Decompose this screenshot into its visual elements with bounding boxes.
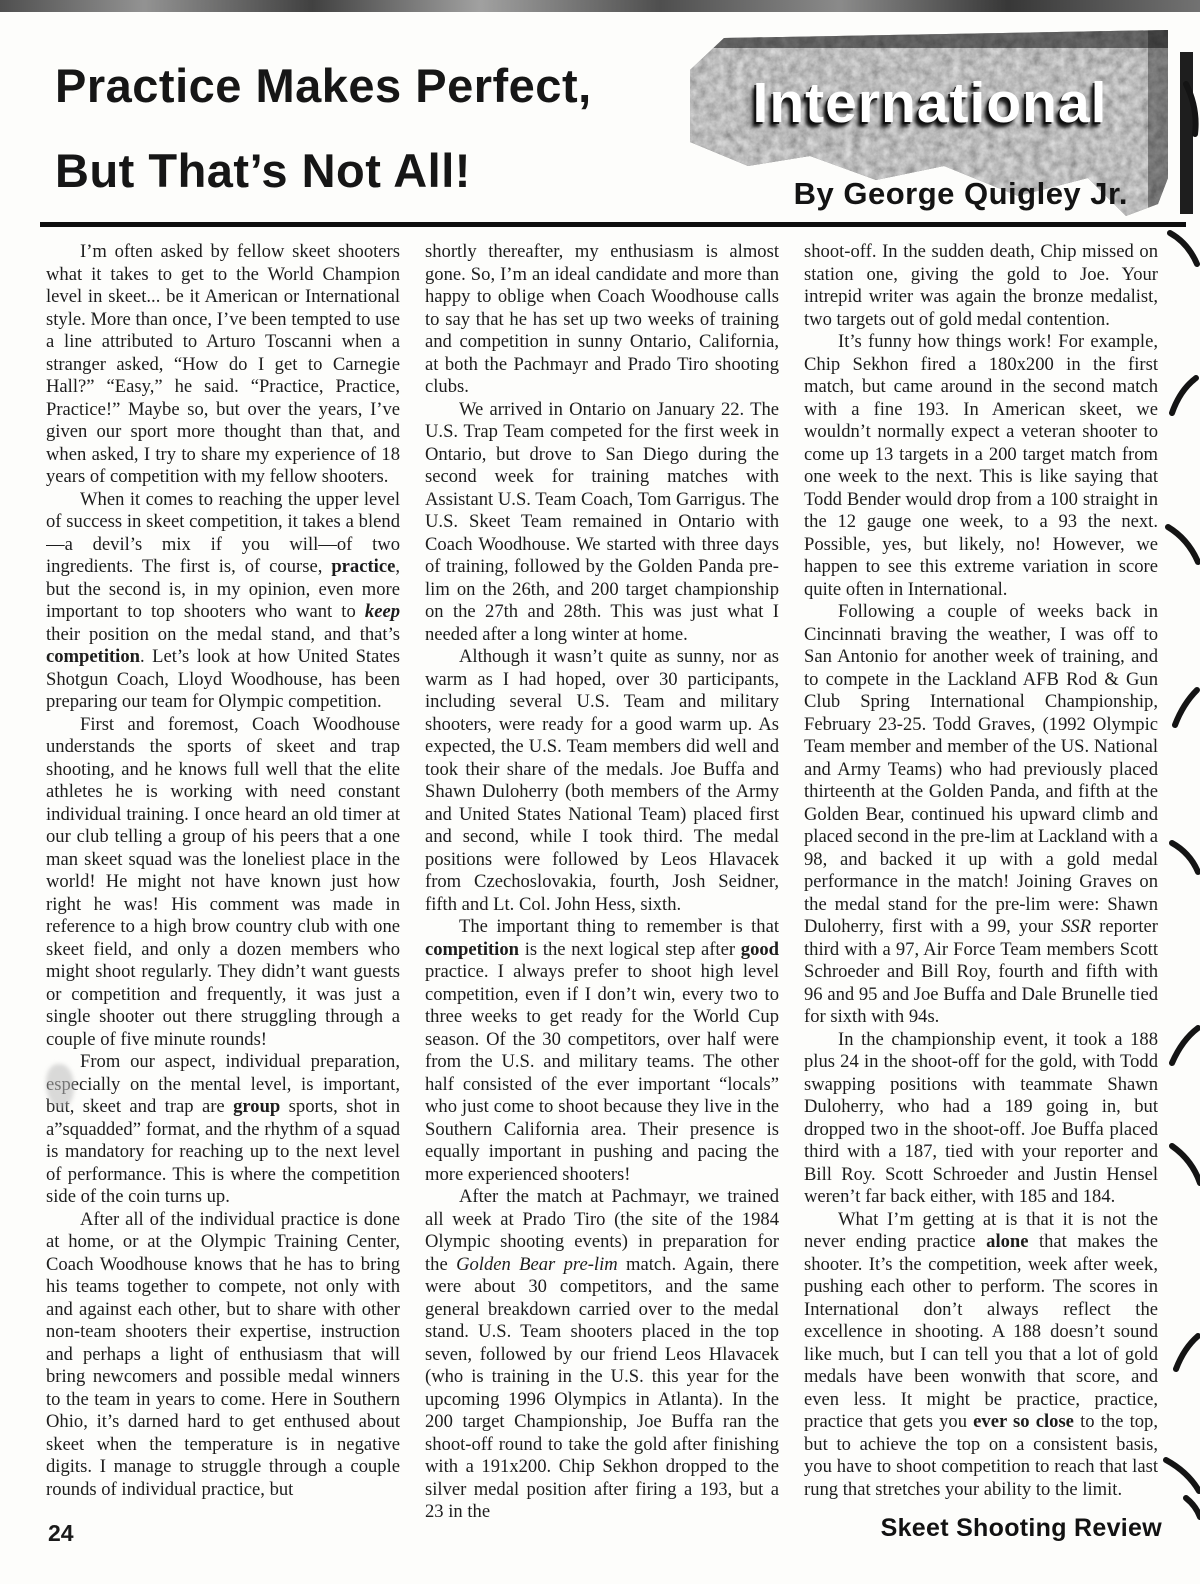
paragraph: I’m often asked by fellow skeet shooters…	[46, 241, 400, 489]
pen-stroke	[1170, 233, 1197, 264]
text-segment: shoot-off. In the sudden death, Chip mis…	[804, 241, 1158, 330]
paragraph: What I’m getting at is that it is not th…	[804, 1209, 1158, 1502]
paragraph: We arrived in Ontario on January 22. The…	[425, 399, 779, 647]
paragraph: After the match at Pachmayr, we trained …	[425, 1186, 779, 1521]
column-2: shortly thereafter, my enthusiasm is alm…	[425, 241, 779, 1521]
paragraph: After all of the individual practice is …	[46, 1209, 400, 1502]
text-segment: good	[741, 939, 779, 960]
paragraph: From our aspect, individual preparation,…	[46, 1051, 400, 1209]
pen-stroke	[1176, 1336, 1198, 1369]
pen-stroke	[1172, 1028, 1198, 1063]
text-segment: I’m often asked by fellow skeet shooters…	[46, 241, 400, 487]
text-segment: It’s funny how things work! For example,…	[804, 331, 1158, 600]
text-segment: alone	[986, 1231, 1028, 1252]
text-segment: their position on the medal stand, and t…	[46, 624, 400, 645]
text-segment: First and foremost, Coach Woodhouse unde…	[46, 714, 400, 1050]
text-segment: Although it wasn’t quite as sunny, nor a…	[425, 646, 779, 915]
text-segment: match. Again, there were about 30 compet…	[425, 1254, 779, 1522]
text-segment: practice	[331, 556, 395, 577]
article-title: Practice Makes Perfect, But That’s Not A…	[55, 62, 695, 194]
paragraph: First and foremost, Coach Woodhouse unde…	[46, 714, 400, 1052]
text-segment: In the championship event, it took a 188…	[804, 1029, 1158, 1208]
text-segment: group	[233, 1096, 280, 1117]
paragraph: The important thing to remember is that …	[425, 916, 779, 1186]
pen-stroke	[1175, 690, 1197, 725]
text-segment: that makes the shooter. It’s the competi…	[804, 1231, 1158, 1432]
text-segment: ever so close	[973, 1411, 1074, 1432]
article-body: I’m often asked by fellow skeet shooters…	[46, 241, 1158, 1521]
paragraph: Following a couple of weeks back in Cinc…	[804, 601, 1158, 1029]
text-segment: SSR	[1061, 916, 1091, 937]
pen-stroke	[1172, 1146, 1200, 1183]
article-title-line2: But That’s Not All!	[55, 147, 695, 194]
pen-stroke	[1186, 1498, 1200, 1517]
text-segment: competition	[46, 646, 140, 667]
scan-artifact-band	[0, 0, 1200, 12]
magazine-page: Practice Makes Perfect, But That’s Not A…	[0, 0, 1200, 1584]
paragraph: In the championship event, it took a 188…	[804, 1029, 1158, 1209]
text-segment: is the next logical step after	[519, 939, 741, 960]
text-segment: shortly thereafter, my enthusiasm is alm…	[425, 241, 779, 397]
text-segment: The important thing to remember is that	[459, 916, 779, 937]
pen-stroke	[1168, 527, 1198, 562]
paragraph: When it comes to reaching the upper leve…	[46, 489, 400, 714]
column-3: shoot-off. In the sudden death, Chip mis…	[804, 241, 1158, 1521]
pen-stroke	[1172, 843, 1198, 872]
scan-smudge	[46, 1064, 74, 1108]
text-segment: Golden Bear pre-lim	[456, 1254, 618, 1275]
text-segment: After all of the individual practice is …	[46, 1209, 400, 1500]
text-segment: Following a couple of weeks back in Cinc…	[804, 601, 1158, 937]
byline: By George Quigley Jr.	[794, 176, 1128, 212]
paragraph: It’s funny how things work! For example,…	[804, 331, 1158, 601]
paragraph: shoot-off. In the sudden death, Chip mis…	[804, 241, 1158, 331]
text-segment: keep	[365, 601, 400, 622]
publication-name: Skeet Shooting Review	[881, 1514, 1162, 1543]
page-number: 24	[48, 1520, 74, 1547]
pen-stroke	[1166, 1460, 1199, 1491]
header-rule	[40, 222, 1186, 227]
text-segment: We arrived in Ontario on January 22. The…	[425, 399, 779, 645]
page-edge-bar	[1180, 52, 1193, 214]
column-1: I’m often asked by fellow skeet shooters…	[46, 241, 400, 1521]
text-segment: practice. I always prefer to shoot high …	[425, 961, 779, 1185]
paragraph: Although it wasn’t quite as sunny, nor a…	[425, 646, 779, 916]
pen-stroke	[1172, 378, 1196, 413]
banner-title: International	[712, 70, 1148, 136]
text-segment: competition	[425, 939, 519, 960]
paragraph: shortly thereafter, my enthusiasm is alm…	[425, 241, 779, 399]
article-title-line1: Practice Makes Perfect,	[55, 62, 695, 109]
